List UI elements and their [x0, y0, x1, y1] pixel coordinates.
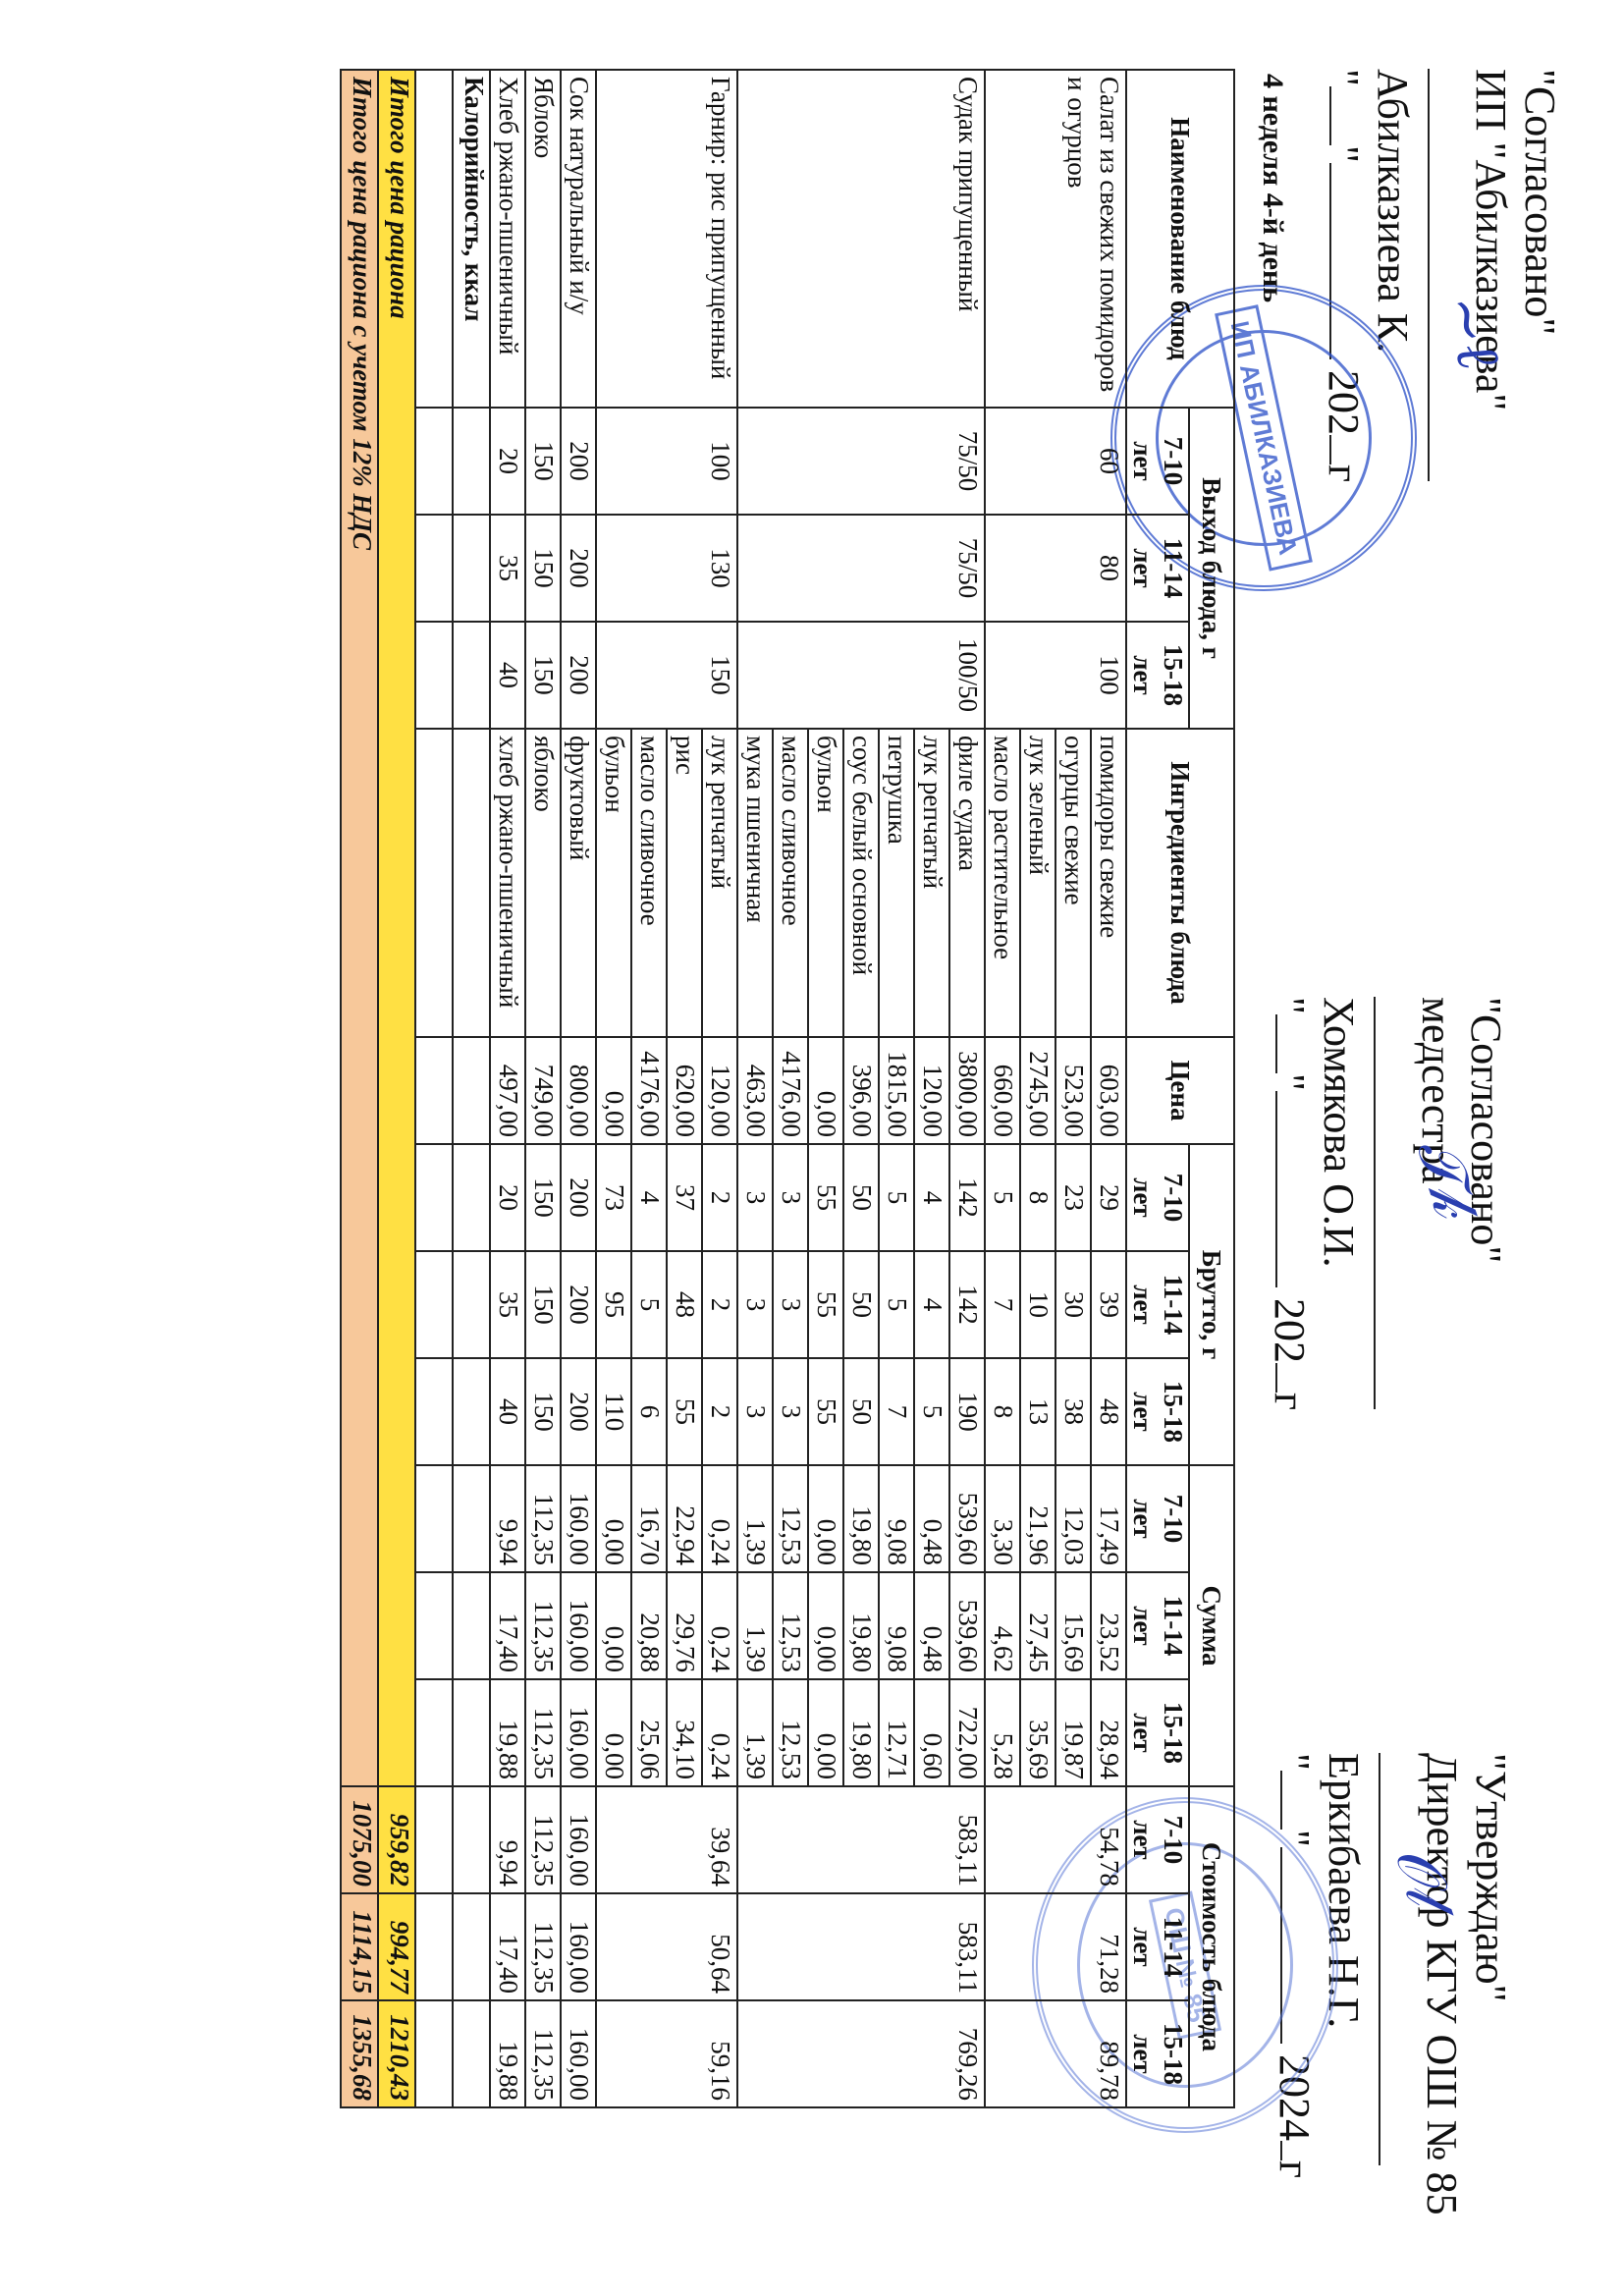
empty-cell [415, 1358, 453, 1465]
header-age: 15-18 лет [1126, 2000, 1189, 2107]
table-row: Салат из свежих помидоров и огурцов60801… [1091, 70, 1126, 2107]
dish-yield: 150 [525, 515, 561, 622]
ingredient-brutto: 150 [525, 1358, 561, 1465]
total-vat-row: Итого цена рациона с учетом 12% НДС1075,… [341, 70, 378, 2107]
ingredient-sum: 1,39 [737, 1465, 773, 1572]
dish-yield: 200 [561, 408, 596, 515]
ingredient-brutto: 142 [949, 1251, 985, 1358]
ingredient-price: 463,00 [737, 1037, 773, 1144]
header-brutto: Брутто, г [1189, 1144, 1234, 1465]
empty-cell [453, 729, 490, 1037]
dish-name: Гарнир: рис припущенный [596, 70, 737, 408]
calories-row: Калорийность, ккал [453, 70, 490, 2107]
dish-cost: 17,40 [490, 1893, 525, 2000]
dish-yield: 40 [490, 622, 525, 729]
ingredient-sum: 9,08 [879, 1572, 914, 1679]
ingredient-sum: 1,39 [737, 1572, 773, 1679]
dish-cost: 583,11 [737, 1893, 985, 2000]
ingredient-name: масло растительное [985, 729, 1020, 1037]
ingredient-brutto: 50 [843, 1251, 879, 1358]
ingredient-name: хлеб ржано-пшеничный [490, 729, 525, 1037]
dish-name: Яблоко [525, 70, 561, 408]
ingredient-brutto: 29 [1091, 1144, 1126, 1251]
dish-yield: 100/50 [737, 622, 985, 729]
ingredient-sum: 19,88 [490, 1679, 525, 1786]
dish-cost: 112,35 [525, 1786, 561, 1893]
dish-yield: 150 [525, 408, 561, 515]
dish-cost: 71,28 [985, 1893, 1126, 2000]
table-row: Сок натуральный и/у200200200фруктовый800… [561, 70, 596, 2107]
document-sheet: "Согласовано" ИП "Абилказиева" Абилказие… [0, 0, 1623, 2296]
ingredient-price: 497,00 [490, 1037, 525, 1144]
ingredient-name: филе судака [949, 729, 985, 1037]
dish-yield: 75/50 [737, 408, 985, 515]
header-cost: Стоимость блюда [1189, 1786, 1234, 2107]
ingredient-brutto: 48 [667, 1251, 702, 1358]
ingredient-sum: 28,94 [1091, 1679, 1126, 1786]
header-age: 15-18 лет [1126, 622, 1189, 729]
empty-cell [453, 1572, 490, 1679]
dish-name: Хлеб ржано-пшеничный [490, 70, 525, 408]
ingredient-brutto: 5 [879, 1144, 914, 1251]
ingredient-sum: 539,60 [949, 1572, 985, 1679]
ingredient-brutto: 5 [985, 1144, 1020, 1251]
empty-cell [453, 1465, 490, 1572]
ingredient-price: 523,00 [1055, 1037, 1091, 1144]
dish-yield: 100 [596, 408, 737, 515]
header-age: 11-14 лет [1126, 1893, 1189, 2000]
ingredient-brutto: 3 [737, 1251, 773, 1358]
approval-nurse: "Согласовано" медсестра Хомякова О.И. ""… [1265, 997, 1510, 1488]
ingredient-brutto: 40 [490, 1358, 525, 1465]
total-vat-value: 1114,15 [341, 1893, 378, 2000]
ingredient-name: рис [667, 729, 702, 1037]
header-ingredients: Ингредиенты блюда [1126, 729, 1234, 1037]
dish-cost: 769,26 [737, 2000, 985, 2107]
dish-cost: 112,35 [525, 2000, 561, 2107]
dish-name: Салат из свежих помидоров и огурцов [985, 70, 1126, 408]
header-price: Цена [1126, 1037, 1234, 1144]
empty-cell [415, 1251, 453, 1358]
ingredient-name: лук зеленый [1020, 729, 1055, 1037]
ingredient-sum: 1,39 [737, 1679, 773, 1786]
ingredient-brutto: 23 [1055, 1144, 1091, 1251]
ingredient-brutto: 10 [1020, 1251, 1055, 1358]
ingredient-sum: 539,60 [949, 1465, 985, 1572]
ingredient-sum: 0,48 [914, 1572, 949, 1679]
empty-cell [453, 1786, 490, 1893]
ingredient-price: 3800,00 [949, 1037, 985, 1144]
ingredient-brutto: 200 [561, 1144, 596, 1251]
dish-cost: 160,00 [561, 2000, 596, 2107]
header-age: 11-14 лет [1126, 1572, 1189, 1679]
ingredient-name: соус белый основной [843, 729, 879, 1037]
ingredient-brutto: 4 [631, 1144, 667, 1251]
header-age: 15-18 лет [1126, 1679, 1189, 1786]
ingredient-price: 4176,00 [773, 1037, 808, 1144]
dish-cost: 583,11 [737, 1786, 985, 1893]
ingredient-price: 620,00 [667, 1037, 702, 1144]
ingredient-name: мука пшеничная [737, 729, 773, 1037]
ingredient-name: бульон [808, 729, 843, 1037]
dish-yield: 35 [490, 515, 525, 622]
ingredient-price: 800,00 [561, 1037, 596, 1144]
table-row: Хлеб ржано-пшеничный203540хлеб ржано-пше… [490, 70, 525, 2107]
ingredient-price: 120,00 [702, 1037, 737, 1144]
dish-yield: 75/50 [737, 515, 985, 622]
ingredient-sum: 12,53 [773, 1679, 808, 1786]
ingredient-sum: 12,71 [879, 1679, 914, 1786]
total-value: 959,82 [378, 1786, 415, 1893]
dish-cost: 39,64 [596, 1786, 737, 1893]
total-vat-label: Итого цена рациона с учетом 12% НДС [341, 70, 378, 1786]
ingredient-sum: 19,80 [843, 1465, 879, 1572]
dish-yield: 130 [596, 515, 737, 622]
dish-cost: 50,64 [596, 1893, 737, 2000]
ingredient-price: 2745,00 [1020, 1037, 1055, 1144]
ingredient-name: бульон [596, 729, 631, 1037]
dish-cost: 54,78 [985, 1786, 1126, 1893]
ingredient-brutto: 73 [596, 1144, 631, 1251]
ingredient-price: 660,00 [985, 1037, 1020, 1144]
ingredient-brutto: 150 [525, 1144, 561, 1251]
ingredient-sum: 112,35 [525, 1679, 561, 1786]
dish-name: Судак припущенный [737, 70, 985, 408]
ingredient-brutto: 7 [985, 1251, 1020, 1358]
ingredient-brutto: 30 [1055, 1251, 1091, 1358]
ingredient-brutto: 50 [843, 1358, 879, 1465]
ingredient-brutto: 3 [737, 1358, 773, 1465]
ingredient-sum: 22,94 [667, 1465, 702, 1572]
ingredient-brutto: 4 [914, 1251, 949, 1358]
header-age: 11-14 лет [1126, 515, 1189, 622]
ingredient-sum: 112,35 [525, 1465, 561, 1572]
ingredient-brutto: 55 [808, 1144, 843, 1251]
ingredient-name: помидоры свежие [1091, 729, 1126, 1037]
empty-cell [453, 408, 490, 515]
ingredient-price: 1815,00 [879, 1037, 914, 1144]
ingredient-sum: 160,00 [561, 1572, 596, 1679]
ingredient-sum: 12,53 [773, 1572, 808, 1679]
dish-cost: 160,00 [561, 1893, 596, 2000]
ingredient-brutto: 37 [667, 1144, 702, 1251]
header-age: 7-10 лет [1126, 1144, 1189, 1251]
total-vat-value: 1355,68 [341, 2000, 378, 2107]
ingredient-brutto: 8 [985, 1358, 1020, 1465]
ingredient-brutto: 190 [949, 1358, 985, 1465]
ingredient-sum: 20,88 [631, 1572, 667, 1679]
empty-cell [453, 1893, 490, 2000]
ingredient-sum: 3,30 [985, 1465, 1020, 1572]
ingredient-sum: 0,00 [808, 1465, 843, 1572]
table-row: Гарнир: рис припущенный100130150лук репч… [702, 70, 737, 2107]
empty-cell [415, 1893, 453, 2000]
ingredient-sum: 0,00 [596, 1465, 631, 1572]
ingredient-sum: 19,80 [843, 1679, 879, 1786]
empty-cell [415, 1786, 453, 1893]
ingredient-sum: 0,48 [914, 1465, 949, 1572]
approval-heading: "Согласовано" [1461, 997, 1510, 1488]
ingredient-sum: 27,45 [1020, 1572, 1055, 1679]
empty-cell [453, 515, 490, 622]
ingredient-brutto: 110 [596, 1358, 631, 1465]
ingredient-sum: 0,00 [596, 1679, 631, 1786]
dish-cost: 89,78 [985, 2000, 1126, 2107]
ingredient-name: масло сливочное [631, 729, 667, 1037]
ingredient-sum: 112,35 [525, 1572, 561, 1679]
empty-cell [453, 1144, 490, 1251]
ingredient-price: 603,00 [1091, 1037, 1126, 1144]
ingredient-brutto: 55 [808, 1358, 843, 1465]
ingredient-brutto: 3 [773, 1144, 808, 1251]
blank-row [415, 70, 453, 2107]
dish-yield: 200 [561, 622, 596, 729]
ingredient-price: 396,00 [843, 1037, 879, 1144]
table-row: Судак припущенный75/5075/50100/50филе су… [949, 70, 985, 2107]
dish-yield: 60 [985, 408, 1126, 515]
empty-cell [415, 70, 453, 408]
ingredient-sum: 12,03 [1055, 1465, 1091, 1572]
ingredient-sum: 0,24 [702, 1679, 737, 1786]
dish-cost: 9,94 [490, 1786, 525, 1893]
ingredient-sum: 35,69 [1020, 1679, 1055, 1786]
dish-yield: 80 [985, 515, 1126, 622]
ingredient-brutto: 50 [843, 1144, 879, 1251]
empty-cell [415, 515, 453, 622]
ingredient-sum: 19,87 [1055, 1679, 1091, 1786]
ingredient-sum: 17,40 [490, 1572, 525, 1679]
dish-name: Сок натуральный и/у [561, 70, 596, 408]
dish-yield: 150 [525, 622, 561, 729]
ingredient-brutto: 7 [879, 1358, 914, 1465]
ingredient-brutto: 4 [914, 1144, 949, 1251]
calories-label: Калорийность, ккал [453, 70, 490, 408]
ingredient-sum: 19,80 [843, 1572, 879, 1679]
dish-yield: 150 [596, 622, 737, 729]
total-value: 1210,43 [378, 2000, 415, 2107]
ingredient-sum: 5,28 [985, 1679, 1020, 1786]
empty-cell [453, 1358, 490, 1465]
dish-cost: 112,35 [525, 1893, 561, 2000]
ingredient-sum: 9,94 [490, 1465, 525, 1572]
ingredient-sum: 25,06 [631, 1679, 667, 1786]
empty-cell [415, 2000, 453, 2107]
ingredient-sum: 34,10 [667, 1679, 702, 1786]
header-age: 11-14 лет [1126, 1251, 1189, 1358]
ingredient-price: 749,00 [525, 1037, 561, 1144]
empty-cell [453, 1679, 490, 1786]
menu-table: Наименование блюд Выход блюда, г Ингреди… [340, 69, 1235, 2108]
ingredient-brutto: 5 [879, 1251, 914, 1358]
empty-cell [415, 1465, 453, 1572]
header-dish-name: Наименование блюд [1126, 70, 1234, 408]
ingredient-sum: 0,60 [914, 1679, 949, 1786]
ingredient-name: фруктовый [561, 729, 596, 1037]
ingredient-price: 0,00 [808, 1037, 843, 1144]
ingredient-brutto: 55 [808, 1251, 843, 1358]
empty-cell [453, 622, 490, 729]
header-age: 7-10 лет [1126, 1786, 1189, 1893]
ingredient-brutto: 142 [949, 1144, 985, 1251]
ingredient-sum: 21,96 [1020, 1465, 1055, 1572]
ingredient-sum: 0,00 [596, 1572, 631, 1679]
ingredient-sum: 0,24 [702, 1465, 737, 1572]
header-sum: Сумма [1189, 1465, 1234, 1786]
ingredient-brutto: 5 [631, 1251, 667, 1358]
ingredient-brutto: 3 [773, 1251, 808, 1358]
dish-cost: 59,16 [596, 2000, 737, 2107]
approval-date: "" 202г [1265, 997, 1314, 1488]
ingredient-brutto: 13 [1020, 1358, 1055, 1465]
dish-cost: 160,00 [561, 1786, 596, 1893]
ingredient-name: лук репчатый [914, 729, 949, 1037]
total-value: 994,77 [378, 1893, 415, 2000]
ingredient-sum: 722,00 [949, 1679, 985, 1786]
ingredient-brutto: 55 [667, 1358, 702, 1465]
ingredient-brutto: 2 [702, 1251, 737, 1358]
ingredient-brutto: 200 [561, 1358, 596, 1465]
ingredient-sum: 12,53 [773, 1465, 808, 1572]
ingredient-sum: 29,76 [667, 1572, 702, 1679]
ingredient-brutto: 6 [631, 1358, 667, 1465]
ingredient-sum: 160,00 [561, 1679, 596, 1786]
ingredient-price: 4176,00 [631, 1037, 667, 1144]
ingredient-brutto: 3 [773, 1358, 808, 1465]
ingredient-sum: 16,70 [631, 1465, 667, 1572]
header-age: 7-10 лет [1126, 408, 1189, 515]
ingredient-brutto: 95 [596, 1251, 631, 1358]
ingredient-sum: 0,24 [702, 1572, 737, 1679]
ingredient-brutto: 8 [1020, 1144, 1055, 1251]
header-age: 15-18 лет [1126, 1358, 1189, 1465]
ingredient-sum: 9,08 [879, 1465, 914, 1572]
total-label: Итого цена рациона [378, 70, 415, 1786]
ingredient-brutto: 2 [702, 1358, 737, 1465]
ingredient-name: яблоко [525, 729, 561, 1037]
empty-cell [453, 1037, 490, 1144]
ingredient-brutto: 5 [914, 1358, 949, 1465]
total-row: Итого цена рациона959,82994,771210,43 [378, 70, 415, 2107]
ingredient-name: огурцы свежие [1055, 729, 1091, 1037]
total-vat-value: 1075,00 [341, 1786, 378, 1893]
approval-name: Хомякова О.И. [1314, 997, 1363, 1488]
approval-role: Директор КГУ ОШ № 85 [1417, 1753, 1466, 2264]
approval-heading: "Утверждаю" [1466, 1753, 1515, 2264]
page-title: 4 неделя 4-й день [1256, 74, 1289, 302]
dish-cost: 19,88 [490, 2000, 525, 2107]
empty-cell [415, 408, 453, 515]
ingredient-sum: 15,69 [1055, 1572, 1091, 1679]
ingredient-sum: 23,52 [1091, 1572, 1126, 1679]
ingredient-sum: 160,00 [561, 1465, 596, 1572]
ingredient-name: лук репчатый [702, 729, 737, 1037]
ingredient-brutto: 38 [1055, 1358, 1091, 1465]
empty-cell [415, 1572, 453, 1679]
table-row: Яблоко150150150яблоко749,00150150150112,… [525, 70, 561, 2107]
empty-cell [415, 1144, 453, 1251]
empty-cell [453, 2000, 490, 2107]
ingredient-sum: 4,62 [985, 1572, 1020, 1679]
dish-yield: 20 [490, 408, 525, 515]
ingredient-brutto: 39 [1091, 1251, 1126, 1358]
ingredient-sum: 0,00 [808, 1679, 843, 1786]
ingredient-brutto: 35 [490, 1251, 525, 1358]
approval-role: медсестра [1412, 997, 1461, 1488]
empty-cell [415, 1679, 453, 1786]
empty-cell [453, 1251, 490, 1358]
ingredient-price: 0,00 [596, 1037, 631, 1144]
ingredient-name: петрушка [879, 729, 914, 1037]
header-age: 7-10 лет [1126, 1465, 1189, 1572]
ingredient-price: 120,00 [914, 1037, 949, 1144]
ingredient-brutto: 150 [525, 1251, 561, 1358]
ingredient-brutto: 2 [702, 1144, 737, 1251]
empty-cell [415, 622, 453, 729]
dish-yield: 200 [561, 515, 596, 622]
empty-cell [415, 729, 453, 1037]
ingredient-brutto: 48 [1091, 1358, 1126, 1465]
dish-yield: 100 [985, 622, 1126, 729]
ingredient-sum: 17,49 [1091, 1465, 1126, 1572]
ingredient-sum: 0,00 [808, 1572, 843, 1679]
ingredient-brutto: 20 [490, 1144, 525, 1251]
ingredient-name: масло сливочное [773, 729, 808, 1037]
header-yield: Выход блюда, г [1189, 408, 1234, 729]
approval-heading: "Согласовано" [1515, 69, 1564, 619]
ingredient-brutto: 3 [737, 1144, 773, 1251]
empty-cell [415, 1037, 453, 1144]
ingredient-brutto: 200 [561, 1251, 596, 1358]
